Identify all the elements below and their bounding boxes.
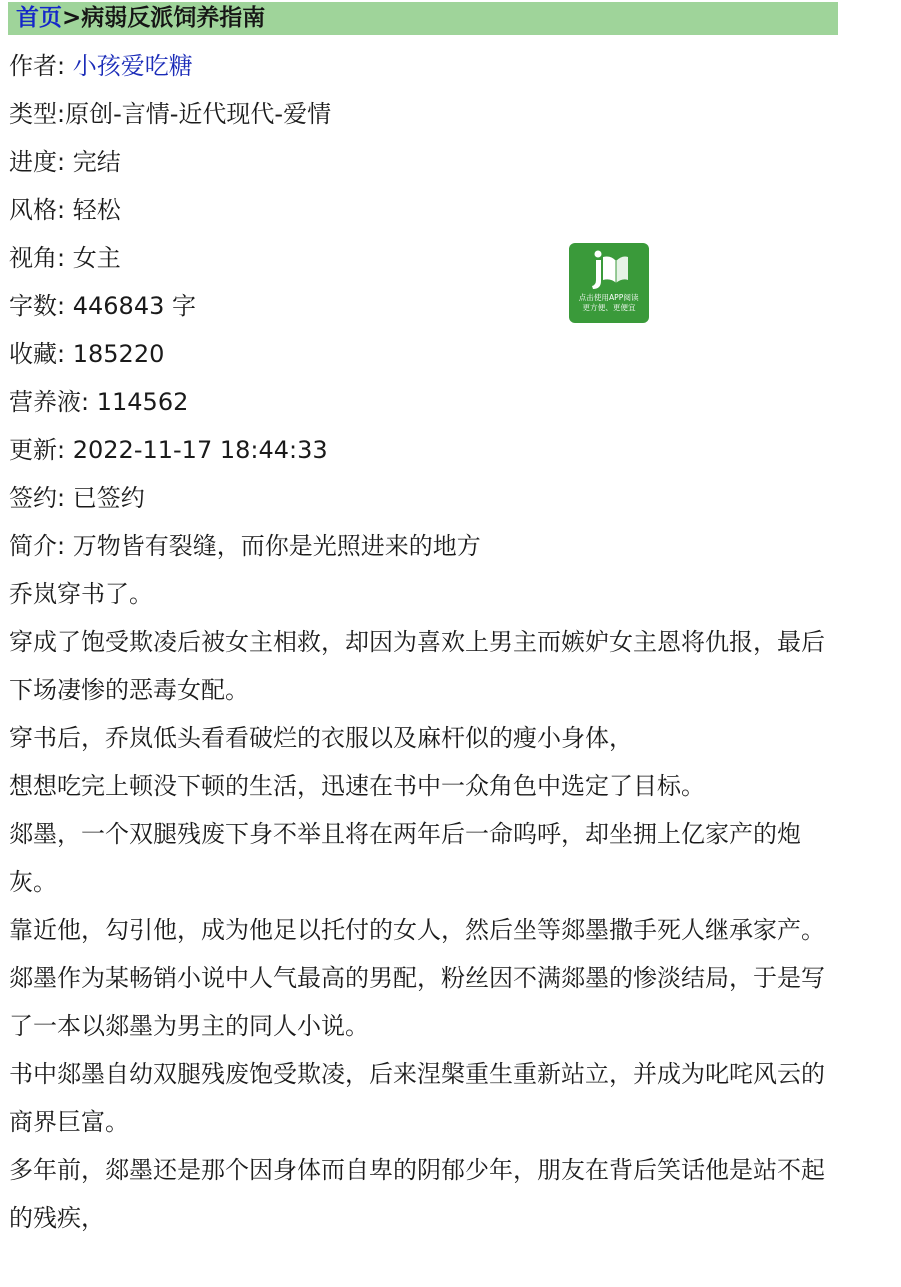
updated-row: 更新: 2022-11-17 18:44:33: [9, 426, 849, 474]
contract-row: 签约: 已签约: [9, 474, 849, 522]
synopsis-paragraph: 穿成了饱受欺凌后被女主相救，却因为喜欢上男主而嫉妒女主恩将仇报，最后下场凄惨的恶…: [9, 618, 844, 714]
progress-label: 进度:: [9, 148, 65, 176]
nutrients-row: 营养液: 114562: [9, 378, 849, 426]
badge-line-1: 点击使用APP阅读: [579, 293, 639, 303]
nutrients-label: 营养液:: [9, 388, 89, 416]
synopsis-paragraph: 郯墨，一个双腿残废下身不举且将在两年后一命呜呼，却坐拥上亿家产的炮灰。: [9, 810, 844, 906]
synopsis-paragraph: 多年前，郯墨还是那个因身体而自卑的阴郁少年，朋友在背后笑话他是站不起的残疾，: [9, 1146, 844, 1242]
style-value: 轻松: [73, 196, 121, 224]
contract-value: 已签约: [73, 484, 145, 512]
book-info: 作者: 小孩爱吃糖 类型:原创-言情-近代现代-爱情 进度: 完结 风格: 轻松…: [9, 42, 849, 1242]
updated-value: 2022-11-17 18:44:33: [73, 436, 328, 464]
pov-label: 视角:: [9, 244, 65, 272]
wordcount-label: 字数:: [9, 292, 65, 320]
summary-label: 简介:: [9, 532, 65, 560]
synopsis-paragraph: 穿书后，乔岚低头看看破烂的衣服以及麻杆似的瘦小身体，: [9, 714, 844, 762]
breadcrumb: 首页>病弱反派饲养指南: [8, 2, 838, 35]
book-reader-icon: [586, 247, 632, 293]
favorites-row: 收藏: 185220: [9, 330, 849, 378]
pov-row: 视角: 女主: [9, 234, 849, 282]
author-link[interactable]: 小孩爱吃糖: [73, 52, 193, 80]
nutrients-value: 114562: [97, 388, 189, 416]
synopsis-paragraph: 郯墨作为某畅销小说中人气最高的男配，粉丝因不满郯墨的惨淡结局，于是写了一本以郯墨…: [9, 954, 844, 1050]
badge-line-2: 更方便、更便宜: [582, 303, 635, 313]
wordcount-row: 字数: 446843 字: [9, 282, 849, 330]
synopsis-paragraph: 想想吃完上顿没下顿的生活，迅速在书中一众角色中选定了目标。: [9, 762, 844, 810]
style-row: 风格: 轻松: [9, 186, 849, 234]
updated-label: 更新:: [9, 436, 65, 464]
synopsis-paragraph: 靠近他，勾引他，成为他足以托付的女人，然后坐等郯墨撒手死人继承家产。: [9, 906, 844, 954]
type-label: 类型:: [9, 100, 65, 128]
summary-value: 万物皆有裂缝，而你是光照进来的地方: [73, 532, 481, 560]
home-link[interactable]: 首页: [16, 5, 62, 31]
progress-row: 进度: 完结: [9, 138, 849, 186]
pov-value: 女主: [73, 244, 121, 272]
contract-label: 签约:: [9, 484, 65, 512]
breadcrumb-separator: >: [62, 5, 81, 31]
open-app-badge[interactable]: 点击使用APP阅读 更方便、更便宜: [569, 243, 649, 323]
wordcount-value: 446843 字: [73, 292, 196, 320]
summary-row: 简介: 万物皆有裂缝，而你是光照进来的地方: [9, 522, 849, 570]
progress-value: 完结: [73, 148, 121, 176]
style-label: 风格:: [9, 196, 65, 224]
favorites-value: 185220: [73, 340, 165, 368]
synopsis-paragraph: 书中郯墨自幼双腿残废饱受欺凌，后来涅槃重生重新站立，并成为叱咤风云的商界巨富。: [9, 1050, 844, 1146]
favorites-label: 收藏:: [9, 340, 65, 368]
author-label: 作者:: [9, 52, 65, 80]
type-value: 原创-言情-近代现代-爱情: [65, 100, 331, 128]
author-row: 作者: 小孩爱吃糖: [9, 42, 849, 90]
book-title: 病弱反派饲养指南: [81, 5, 265, 31]
type-row: 类型:原创-言情-近代现代-爱情: [9, 90, 849, 138]
synopsis-paragraph: 乔岚穿书了。: [9, 570, 844, 618]
